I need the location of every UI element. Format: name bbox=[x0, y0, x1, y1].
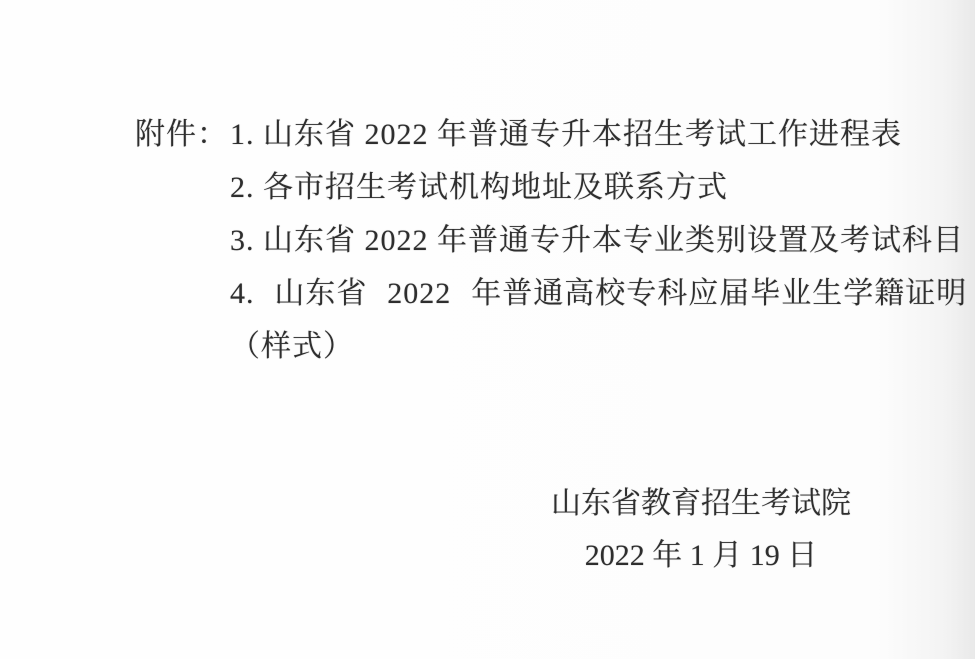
issue-date: 2022 年 1 月 19 日 bbox=[545, 530, 857, 582]
attachment-item-4-continuation: （样式） bbox=[230, 320, 967, 373]
attachment-item-1: 1. 山东省 2022 年普通专升本招生考试工作进程表 bbox=[230, 108, 967, 161]
attachment-item-4: 4. 山东省 2022 年普通高校专科应届毕业生学籍证明 bbox=[230, 267, 967, 320]
attachment-item-2: 2. 各市招生考试机构地址及联系方式 bbox=[230, 161, 967, 214]
attachment-item-3: 3. 山东省 2022 年普通专升本专业类别设置及考试科目 bbox=[230, 214, 967, 267]
attachments-label: 附件： bbox=[135, 108, 228, 161]
signature-block: 山东省教育招生考试院 2022 年 1 月 19 日 bbox=[545, 478, 857, 582]
issuer-name: 山东省教育招生考试院 bbox=[545, 478, 857, 530]
attachments-list: 1. 山东省 2022 年普通专升本招生考试工作进程表 2. 各市招生考试机构地… bbox=[230, 108, 967, 373]
document-page: 附件： 1. 山东省 2022 年普通专升本招生考试工作进程表 2. 各市招生考… bbox=[0, 0, 975, 659]
attachments-section: 附件： 1. 山东省 2022 年普通专升本招生考试工作进程表 2. 各市招生考… bbox=[135, 108, 967, 373]
